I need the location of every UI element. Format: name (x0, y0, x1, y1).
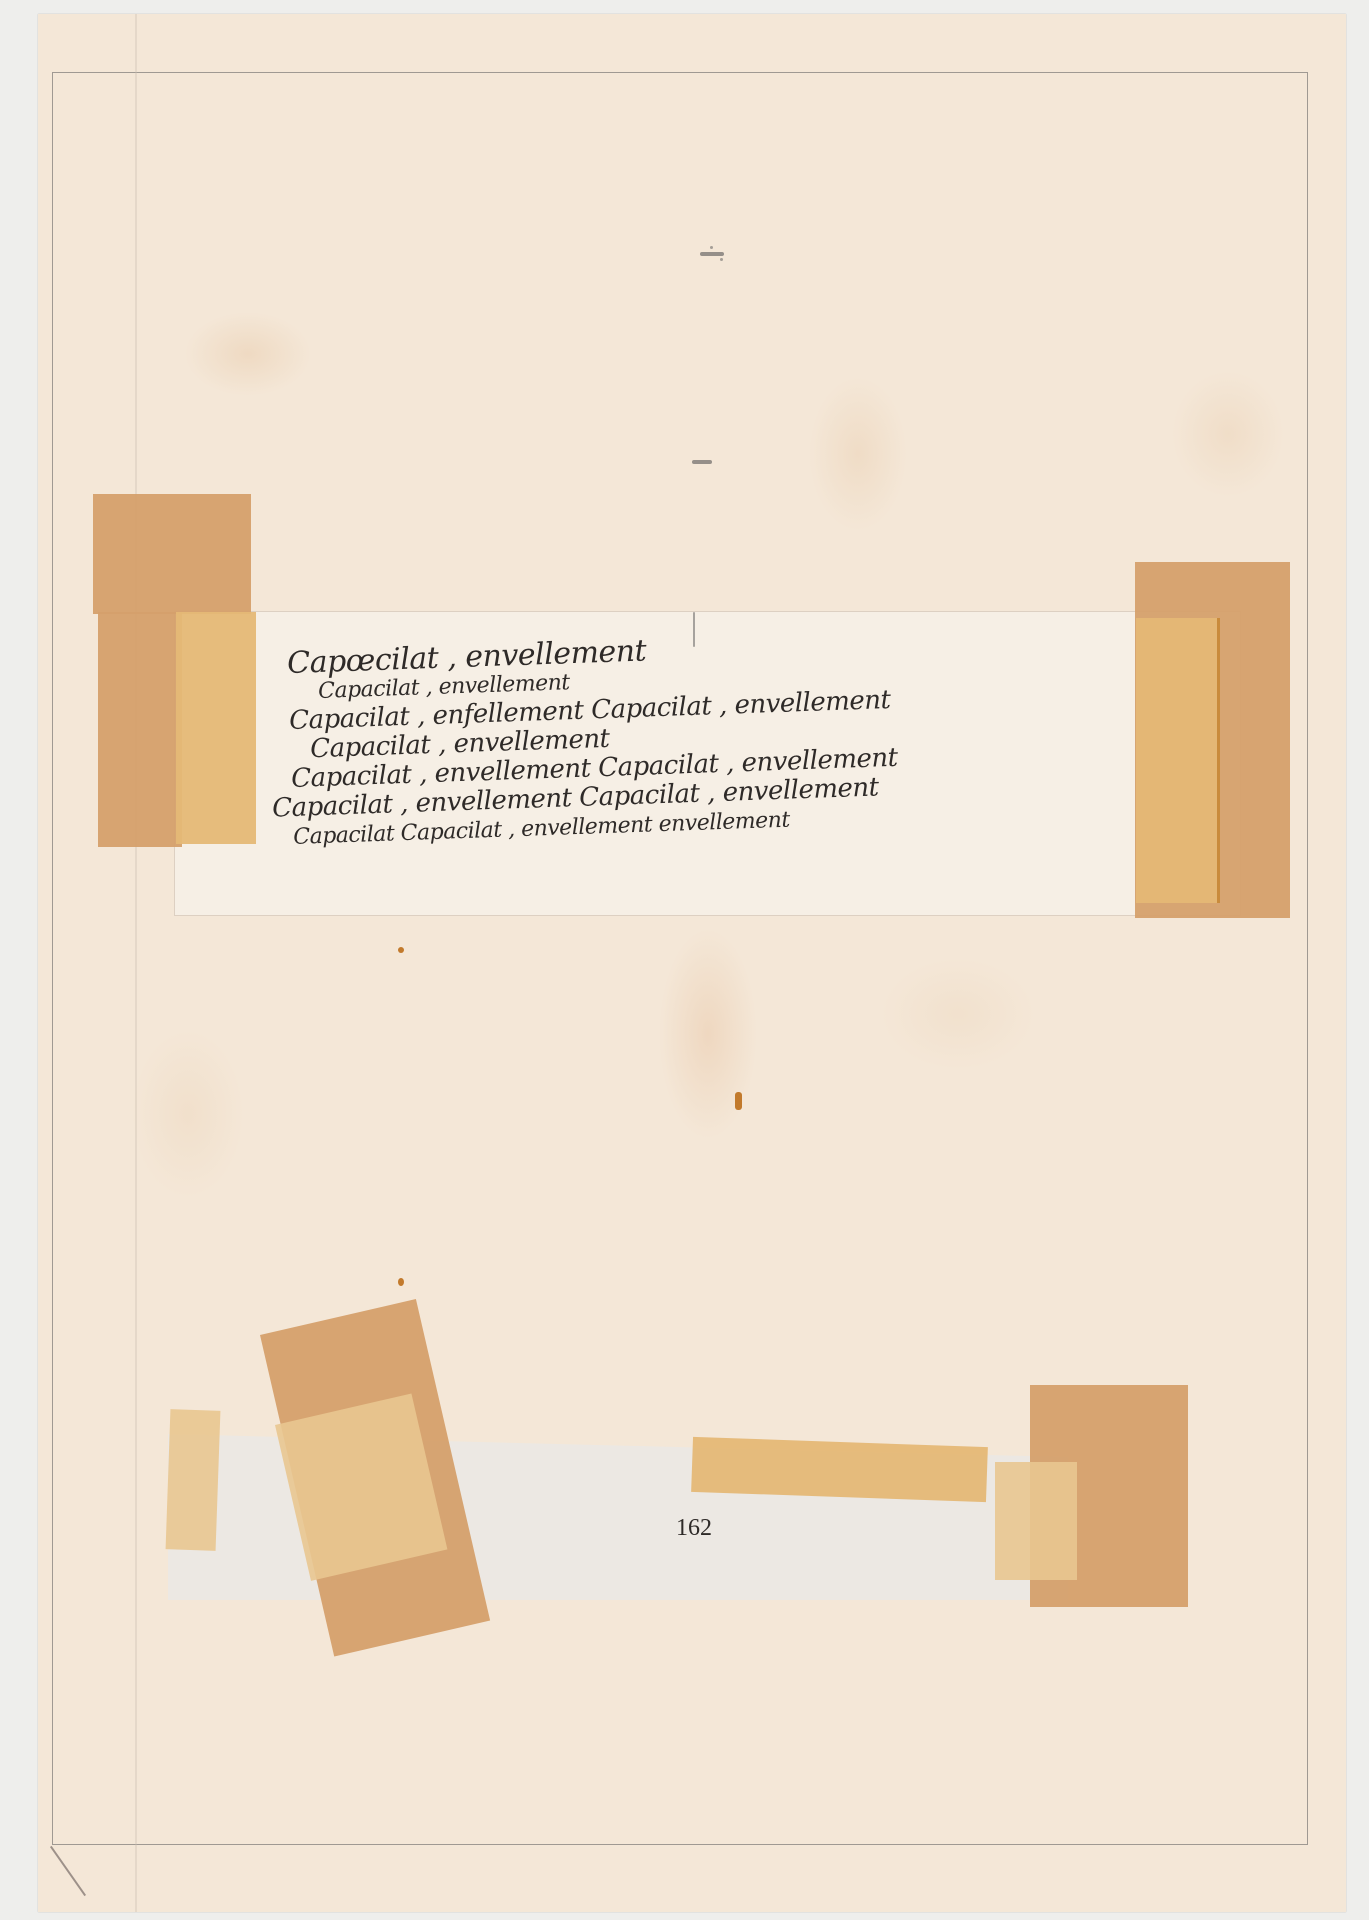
tape-strip (98, 612, 182, 847)
pencil-mark (710, 246, 713, 249)
tape-strip (176, 612, 256, 844)
pencil-mark (692, 460, 712, 464)
tape-strip (166, 1409, 221, 1551)
stain-speck (398, 947, 404, 953)
handwritten-text: Capœcilat , envellement Capacilat , enve… (287, 621, 1094, 852)
pencil-mark (700, 252, 724, 256)
fold-line (135, 14, 137, 1912)
stain-speck (735, 1092, 742, 1110)
tape-strip (995, 1462, 1077, 1580)
tape-strip (93, 494, 251, 614)
tape-strip (1136, 618, 1220, 903)
page-number: 162 (676, 1515, 712, 1542)
pencil-mark (720, 258, 723, 261)
tape-strip (691, 1437, 988, 1502)
stain-speck (398, 1278, 404, 1286)
